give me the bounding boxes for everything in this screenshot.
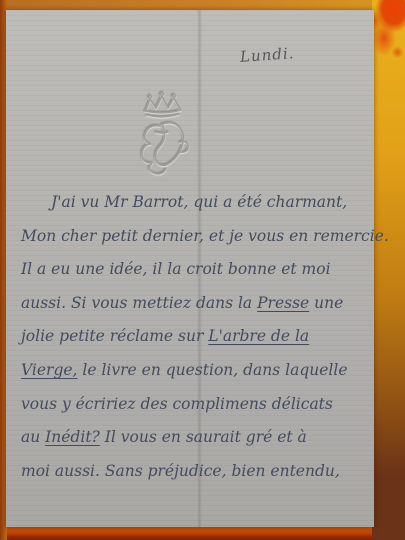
underlined-word: Inédit?	[45, 428, 100, 446]
handwriting-text: au	[21, 428, 45, 446]
underlined-word: Presse	[257, 294, 309, 312]
monogram-icon	[142, 123, 188, 174]
handwriting-line: moi aussi. Sans préjudice, bien entendu,	[21, 456, 371, 490]
handwriting-text: moi aussi. Sans préjudice, bien entendu,	[21, 462, 340, 480]
handwriting-text: le livre en question, dans laquelle	[77, 361, 347, 379]
crown-icon	[145, 93, 181, 117]
handwriting-text: J'ai vu Mr Barrot, qui a été charmant,	[51, 193, 347, 211]
handwriting-line: Il a eu une idée, il la croit bonne et m…	[21, 254, 371, 288]
letter-paper: Lundi. J'ai vu Mr Barrot, qui a été char…	[6, 10, 374, 527]
handwriting-line: vous y écririez des complimens délicats	[21, 389, 371, 423]
frame-bottom-band	[0, 527, 405, 540]
handwriting-text: Il a eu une idée, il la croit bonne et m…	[21, 260, 331, 278]
underlined-word: Vierge,	[21, 361, 77, 379]
embossed-seal	[128, 84, 202, 180]
handwriting-text: jolie petite réclame sur	[21, 327, 208, 345]
handwriting-line: au Inédit? Il vous en saurait gré et à	[21, 422, 371, 456]
letter-body: J'ai vu Mr Barrot, qui a été charmant,Mo…	[21, 187, 371, 489]
handwriting-text: aussi. Si vous mettiez dans la	[21, 294, 257, 312]
handwriting-text: Il vous en saurait gré et à	[100, 428, 307, 446]
handwriting-text: Mon cher petit dernier, et je vous en re…	[21, 227, 389, 245]
handwriting-text: une	[309, 294, 343, 312]
handwriting-line: aussi. Si vous mettiez dans la Presse un…	[21, 288, 371, 322]
handwriting-line: jolie petite réclame sur L'arbre de la	[21, 321, 371, 355]
underlined-word: L'arbre de la	[208, 327, 309, 345]
handwriting-text: vous y écririez des complimens délicats	[21, 395, 333, 413]
dateline: Lundi.	[239, 44, 295, 66]
handwriting-line: Vierge, le livre en question, dans laque…	[21, 355, 371, 389]
handwriting-line: J'ai vu Mr Barrot, qui a été charmant,	[21, 187, 371, 221]
handwriting-line: Mon cher petit dernier, et je vous en re…	[21, 221, 371, 255]
